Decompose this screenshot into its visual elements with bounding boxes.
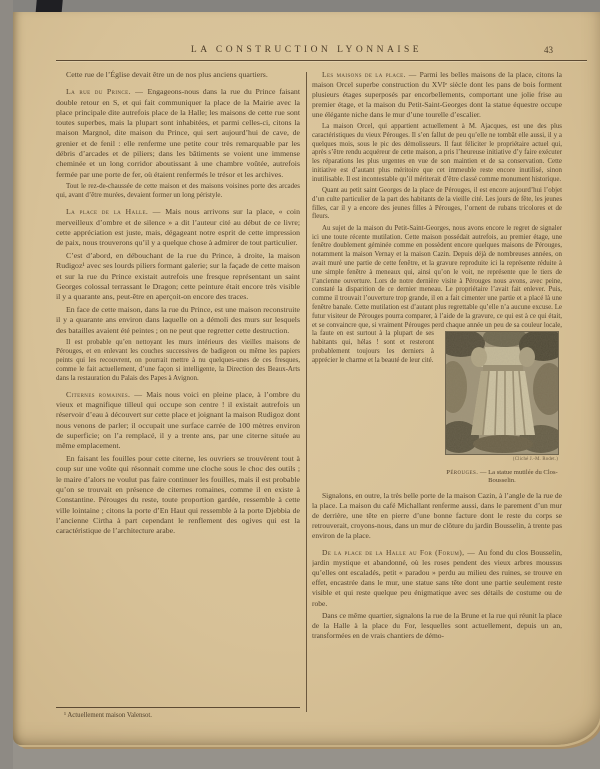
page-header: LA CONSTRUCTION LYONNAISE 43 xyxy=(13,12,600,55)
paragraph: En face de cette maison, dans la rue du … xyxy=(56,305,300,336)
paragraph-text: C’est d’abord, en débouchant de la rue d… xyxy=(56,251,300,301)
paragraph: En faisant les fouilles pour cette citer… xyxy=(56,454,300,536)
footnote-block: ¹ Actuellement maison Valensot. xyxy=(56,707,300,723)
paragraph: Tout le rez-de-chaussée de cette maison … xyxy=(56,182,300,200)
page-number: 43 xyxy=(544,45,553,55)
paragraph: La maison Orcel, qui appartient actuelle… xyxy=(312,123,562,185)
statue-photo-image xyxy=(445,331,559,455)
paragraph: Au sujet de la maison du Petit-Saint-Geo… xyxy=(312,225,562,488)
photo-credit: (Cliché J.-M. Rodet.) xyxy=(442,456,562,465)
paragraph-text: La maison Orcel, qui appartient actuelle… xyxy=(312,123,562,183)
paragraph: Les maisons de la place. — Parmi les bel… xyxy=(312,70,562,120)
journal-title: LA CONSTRUCTION LYONNAISE xyxy=(13,45,600,55)
paragraph-text: Dans ce même quartier, signalons la rue … xyxy=(312,611,562,640)
text-columns: Cette rue de l’Église devait être un de … xyxy=(56,70,600,722)
paragraph: La rue du Prince. — Engageons-nous dans … xyxy=(56,87,300,180)
paragraph: Signalons, en outre, la très belle porte… xyxy=(312,491,562,541)
paragraph-text: Quant au petit saint Georges de la place… xyxy=(312,187,562,220)
header-rule xyxy=(56,60,587,61)
paragraph-text: Il est probable qu’en nettoyant les murs… xyxy=(56,338,300,382)
photo-caption: Pérouges. — La statue mutilée du Clos-Bo… xyxy=(442,469,562,485)
paragraph: Citernes romaines. — Mais nous voici en … xyxy=(56,390,300,452)
paragraph-text: Cette rue de l’Église devait être un de … xyxy=(66,70,268,79)
caption-text: — La statue mutilée du Clos-Bousselin. xyxy=(478,469,557,484)
caption-place-name: Pérouges. xyxy=(446,469,478,476)
paragraph-text: Au sujet de la maison du Petit-Saint-Geo… xyxy=(312,225,562,329)
footnote-text: ¹ Actuellement maison Valensot. xyxy=(56,712,300,721)
section-heading: Les maisons de la place. — xyxy=(322,70,420,79)
scan-left-gutter xyxy=(0,0,13,769)
paragraph-text: Tout le rez-de-chaussée de cette maison … xyxy=(56,182,300,199)
section-heading: Citernes romaines. — xyxy=(66,390,146,399)
section-heading: La rue du Prince. — xyxy=(66,87,148,96)
right-column: Les maisons de la place. — Parmi les bel… xyxy=(312,70,562,722)
paragraph: De la place de la Halle au For (Forum), … xyxy=(312,548,562,609)
paragraph: C’est d’abord, en débouchant de la rue d… xyxy=(56,251,300,302)
paragraph-text: Engageons-nous dans la rue du Prince fai… xyxy=(56,87,300,178)
paragraph-text: Signalons, en outre, la très belle porte… xyxy=(312,491,562,540)
statue-figure: (Cliché J.-M. Rodet.) Pérouges. — La sta… xyxy=(442,331,562,485)
magazine-page: LA CONSTRUCTION LYONNAISE 43 Cette rue d… xyxy=(13,12,600,745)
paragraph-text: En face de cette maison, dans la rue du … xyxy=(56,305,300,335)
paragraph: Il est probable qu’en nettoyant les murs… xyxy=(56,338,300,383)
paragraph: Dans ce même quartier, signalons la rue … xyxy=(312,611,562,641)
paragraph: La place de la Halle. — Mais nous arrivo… xyxy=(56,207,300,248)
scan-background-band xyxy=(0,0,600,12)
paragraph: Cette rue de l’Église devait être un de … xyxy=(56,70,300,80)
column-divider-rule xyxy=(306,72,307,712)
paragraph: Quant au petit saint Georges de la place… xyxy=(312,187,562,222)
section-heading: La place de la Halle. — xyxy=(66,207,165,216)
left-column: Cette rue de l’Église devait être un de … xyxy=(56,70,300,722)
section-heading: De la place de la Halle au For (Forum), … xyxy=(322,548,478,557)
paragraph-text: En faisant les fouilles pour cette citer… xyxy=(56,454,300,535)
